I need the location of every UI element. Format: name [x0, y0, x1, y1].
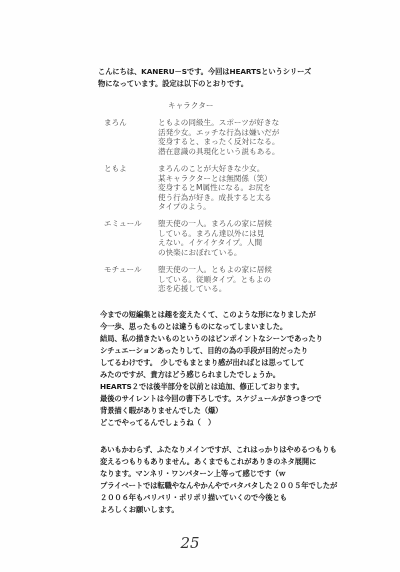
- afterword-line: 背景描く暇がありませんでした（爆）: [100, 405, 323, 417]
- afterword-line: 最後のサイレントは今回の書下ろしです。スケジュールがきつきつで: [100, 393, 323, 405]
- description-line: ともよの同級生。スポーツが好きな: [158, 118, 280, 128]
- closing-line: よろしくお願いします。: [100, 504, 337, 516]
- description-line: の快楽におぼれている。: [158, 248, 272, 258]
- description-line: えない。イケイケタイプ。人間: [158, 238, 272, 248]
- closing-paragraph: あいもかわらず、ふたなりメインですが、これはっかりはやめるつもりも 変えるつもり…: [100, 444, 337, 516]
- description-line: 潜在意識の具現化という説もある。: [158, 147, 280, 157]
- character-heading: キャラクター: [168, 101, 213, 111]
- book-page: こんにちは、KANERU－Sです。今回はHEARTSというシリーズ 物になってい…: [0, 0, 400, 572]
- afterword-paragraph: 今までの短編集とは趣を変えたくて、このような形になりましたが 今一歩、思ったもの…: [100, 309, 323, 429]
- afterword-line: してるわけです。 少しでもまとまり感が出ればとは思ってして: [100, 357, 323, 369]
- page-number: 25: [176, 534, 204, 552]
- character-description-tomoyo: まろんのことが大好きな少女。 某キャラクターとは無関係（笑） 変身するとM属性に…: [158, 164, 272, 212]
- description-line: 恋を応援している。: [158, 284, 272, 294]
- description-line: タイプのよう。: [158, 202, 272, 212]
- closing-line: ２００６年もバリバリ・ポリポリ描いていくので今後とも: [100, 492, 337, 504]
- closing-line: プライベートでは転職やなんやかんやでバタバタした２００５年でしたが: [100, 480, 337, 492]
- character-description-emule: 堕天使の一人。まろんの家に居候 している。まろん達以外には見 えない。イケイケタ…: [158, 219, 272, 257]
- afterword-line: シチュエーションあったりして、目的の為の手段が目的だったり: [100, 345, 323, 357]
- afterword-line: どこでやってるんでしょうね（ ）: [100, 417, 323, 429]
- description-line: している。従順タイプ。ともよの: [158, 275, 272, 285]
- description-line: 変身するとM属性になる。お尻を: [158, 183, 272, 193]
- closing-line: 変えるつもりもありません。あくまでもこれがありきのネタ展開に: [100, 456, 337, 468]
- description-line: 某キャラクターとは無関係（笑）: [158, 174, 272, 184]
- description-line: 使う行為が好き。成長すると太る: [158, 193, 272, 203]
- character-description-maron: ともよの同級生。スポーツが好きな 活発少女。エッチな行為は嫌いだが 変身すると、…: [158, 118, 280, 156]
- character-name-emule: エミュール: [104, 219, 142, 229]
- description-line: している。まろん達以外には見: [158, 229, 272, 239]
- description-line: 活発少女。エッチな行為は嫌いだが: [158, 128, 280, 138]
- character-name-maron: まろん: [104, 118, 127, 128]
- intro-paragraph: こんにちは、KANERU－Sです。今回はHEARTSというシリーズ 物になってい…: [98, 66, 311, 90]
- description-line: 堕天使の一人。まろんの家に居候: [158, 219, 272, 229]
- description-line: 変身すると、まったく反対になる。: [158, 137, 280, 147]
- description-line: まろんのことが大好きな少女。: [158, 164, 272, 174]
- character-name-mochule: モチュール: [104, 265, 142, 275]
- intro-line: 物になっています。設定は以下のとおりです。: [98, 78, 311, 90]
- description-line: 堕天使の一人。ともよの家に居候: [158, 265, 272, 275]
- afterword-line: 今一歩、思ったものとは違うものになってしまいました。: [100, 321, 323, 333]
- afterword-line: 結局、私の描きたいものというのはピンポイントなシーンであったり: [100, 333, 323, 345]
- character-name-tomoyo: ともよ: [104, 164, 127, 174]
- character-description-mochule: 堕天使の一人。ともよの家に居候 している。従順タイプ。ともよの 恋を応援している…: [158, 265, 272, 294]
- afterword-line: 今までの短編集とは趣を変えたくて、このような形になりましたが: [100, 309, 323, 321]
- closing-line: あいもかわらず、ふたなりメインですが、これはっかりはやめるつもりも: [100, 444, 337, 456]
- intro-line: こんにちは、KANERU－Sです。今回はHEARTSというシリーズ: [98, 66, 311, 78]
- afterword-line: HEARTS２では後半部分を以前とは追加、修正しております。: [100, 381, 323, 393]
- afterword-line: みたのですが、貴方はどう感じられましたでしょうか。: [100, 369, 323, 381]
- closing-line: なります。マンネリ・ワンパターン上等って感じです（ｗ: [100, 468, 337, 480]
